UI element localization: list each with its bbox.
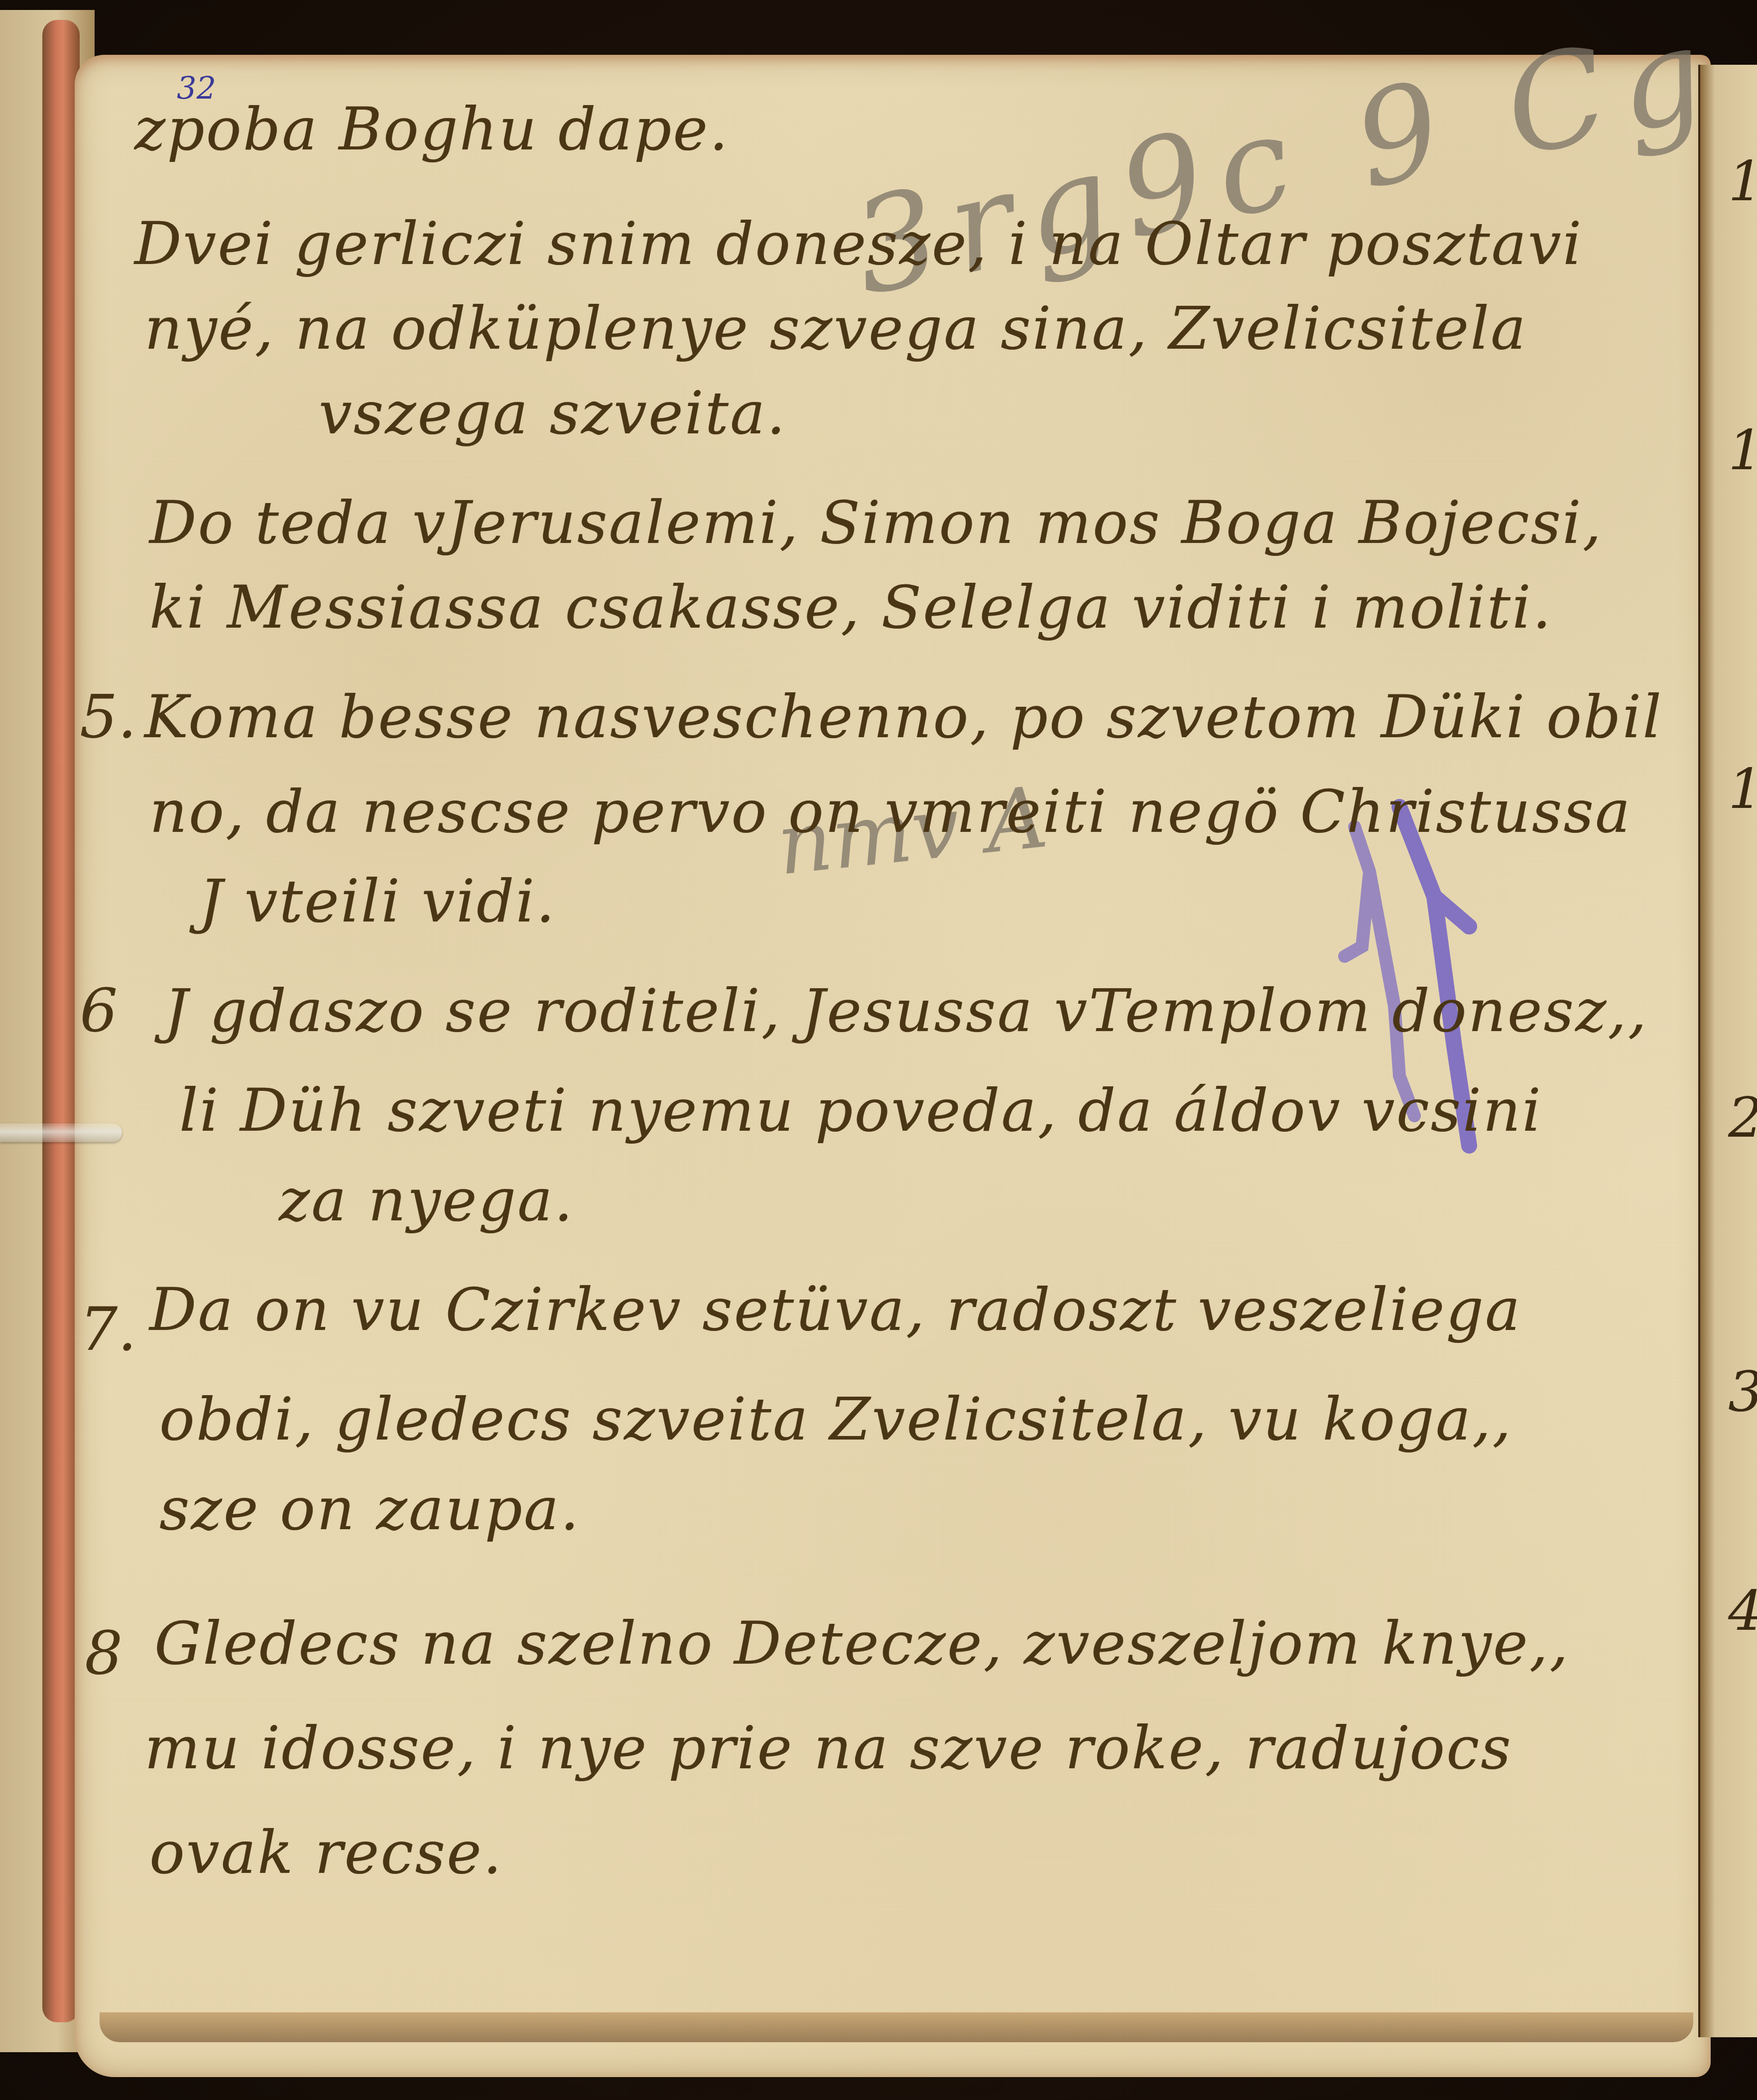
adjacent-verse-number: 2 xyxy=(1728,1086,1757,1150)
text-line: vszega szveita. xyxy=(319,379,787,447)
text-line: ovak recse. xyxy=(149,1818,503,1887)
text-line: sze on zaupa. xyxy=(159,1474,581,1543)
adjacent-verse-number: 4 xyxy=(1728,1579,1757,1643)
text-line: obdi, gledecs szveita Zvelicsitela, vu k… xyxy=(159,1385,1512,1453)
text-line: mu idosse, i nye prie na szve roke, radu… xyxy=(144,1713,1512,1782)
adjacent-verse-number: 1 xyxy=(1728,757,1757,821)
text-line: Do teda vJerusalemi, Simon mos Boga Boje… xyxy=(149,488,1603,557)
text-line: J vteili vidi. xyxy=(199,867,556,935)
adjacent-verse-number: 1 xyxy=(1728,149,1757,213)
text-line: nyé, na odküplenye szvega sina, Zvelicsi… xyxy=(144,294,1527,363)
text-line: no, da nescse pervo on vmreiti negö Chri… xyxy=(149,777,1631,846)
verse-number: 6 xyxy=(80,976,118,1046)
verse-number: 7. xyxy=(80,1295,137,1364)
glass-rod-page-holder xyxy=(0,1123,122,1142)
text-line: Dvei gerliczi snim donesze, i na Oltar p… xyxy=(134,209,1583,278)
text-line: Gledecs na szelno Detecze, zveszeljom kn… xyxy=(154,1609,1570,1678)
verse-number: 5. xyxy=(80,682,137,752)
page-bottom-edge xyxy=(100,2012,1693,2042)
text-line: Koma besse nasveschenno, po szvetom Düki… xyxy=(144,682,1663,751)
next-page-edge xyxy=(1698,65,1757,2037)
adjacent-verse-number: 1 xyxy=(1728,418,1757,482)
text-line: ki Messiassa csakasse, Selelga viditi i … xyxy=(149,573,1552,642)
text-line: zpoba Boghu dape. xyxy=(134,95,730,163)
text-line: za nyega. xyxy=(279,1166,574,1234)
text-line: Da on vu Czirkev setüva, radoszt veszeli… xyxy=(149,1275,1521,1344)
text-line: J gdaszo se roditeli, Jesussa vTemplom d… xyxy=(164,976,1648,1045)
adjacent-verse-number: 3 xyxy=(1728,1360,1757,1424)
text-line: li Düh szveti nyemu poveda, da áldov vcs… xyxy=(179,1076,1542,1145)
red-page-edges xyxy=(42,20,80,2022)
verse-number: 8 xyxy=(85,1619,123,1688)
